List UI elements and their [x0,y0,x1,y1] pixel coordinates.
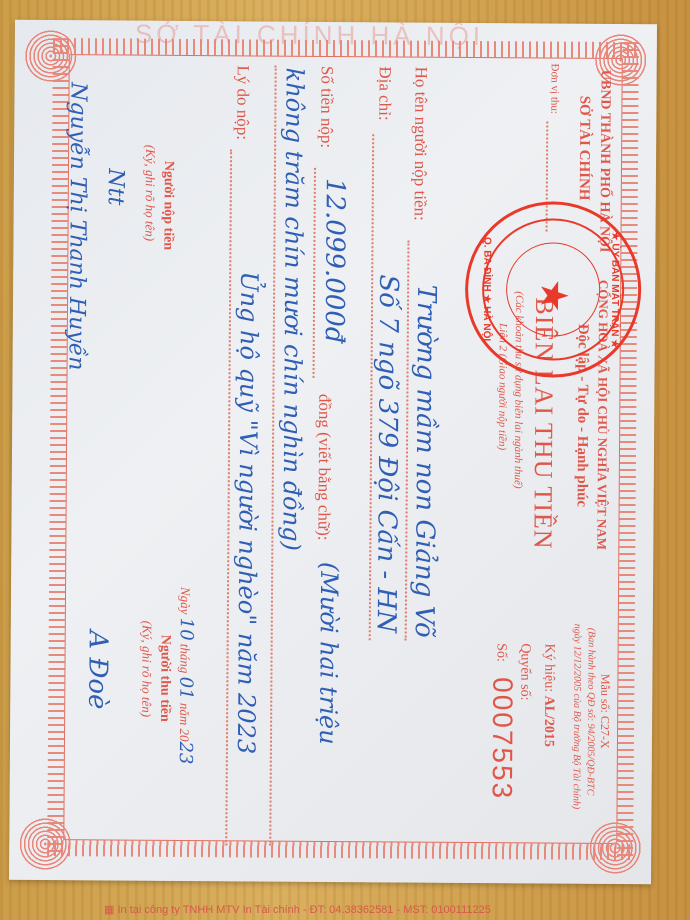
payer-name-label: Họ tên người nộp tiền: [410,67,431,221]
month-value[interactable]: 01 [175,677,196,700]
payer-signature[interactable]: Ntt [103,168,128,205]
reason-value[interactable]: Ủng hộ quỹ "Vì người nghèo" năm 2023 [232,271,263,754]
collector-sign-note: (Ký, ghi rõ họ tên) [138,621,155,718]
star-icon: ★ [534,278,572,312]
book-label: Quyển số: [516,643,532,700]
form-number: Mẫu số: C27-X [597,674,613,749]
date-line: Ngày 10 tháng 01 năm 2023 [175,587,197,765]
official-stamp: ★ ỦY BAN MẶT TRẬN ★ Q. BA ĐÌNH ★ HÀ NỘI … [465,201,642,378]
issuer-line2: SỞ TÀI CHÍNH [575,96,593,201]
receipt-number: 0007553 [486,677,519,800]
payer-sign-title: Người nộp tiền [159,161,176,250]
unit-label: Đơn vị thu: [548,63,560,114]
receipt-paper: SỞ TÀI CHÍNH HÀ NỘI UBND THÀNH PHỐ HÀ NỘ… [9,20,657,884]
corner-rosette-icon [19,818,71,870]
form-ref-1: (Ban hành theo QĐ số: 94/2005/QĐ-BTC [585,628,597,796]
year-value[interactable]: 23 [175,741,196,764]
address-value[interactable]: Số 7 ngõ 379 Đội Cấn - HN [371,274,404,633]
corner-rosette-icon [589,822,641,874]
form-ref-2: ngày 12/12/2005 của Bộ trưởng Bộ Tài chí… [571,624,583,810]
printer-footer: ▦ In tại công ty TNHH MTV In Tài chính -… [104,903,491,916]
symbol-value: AL/2015 [541,696,556,747]
amount-words-1[interactable]: (Mười hai triệu [314,562,343,745]
address-label: Địa chỉ: [374,66,394,120]
reason-label: Lý do nộp: [232,65,253,140]
day-value[interactable]: 10 [176,618,197,641]
amount-value[interactable]: 12.099.000đ [319,178,350,344]
payer-name-value[interactable]: Trường mầm non Giảng Võ [409,285,441,638]
receipt-content: UBND THÀNH PHỐ HÀ NỘI SỞ TÀI CHÍNH Đơn v… [9,20,657,884]
number-label: Số: [493,643,509,662]
corner-rosette-icon [25,30,77,82]
collector-sign-title: Người thu tiền [156,635,173,722]
stamp-top-text: ★ ỦY BAN MẶT TRẬN ★ [609,205,621,375]
currency-label: đồng (viết bằng chữ): [313,394,334,541]
collector-signature[interactable]: A Đoè [82,630,113,709]
stamp-bottom-text: Q. BA ĐÌNH ★ HÀ NỘI [481,204,493,374]
payer-printed-name[interactable]: Nguyễn Thị Thanh Huyền [64,82,91,370]
symbol-label: Ký hiệu: AL/2015 [540,643,557,747]
amount-label: Số tiền nộp: [316,66,337,148]
payer-sign-note: (Ký, ghi rõ họ tên) [141,145,158,242]
printer-logo-icon: ▦ [104,904,114,916]
amount-words-2[interactable]: không trăm chín mươi chín nghìn đồng) [277,68,308,551]
printer-info: In tại công ty TNHH MTV In Tài chính - Đ… [117,904,490,916]
